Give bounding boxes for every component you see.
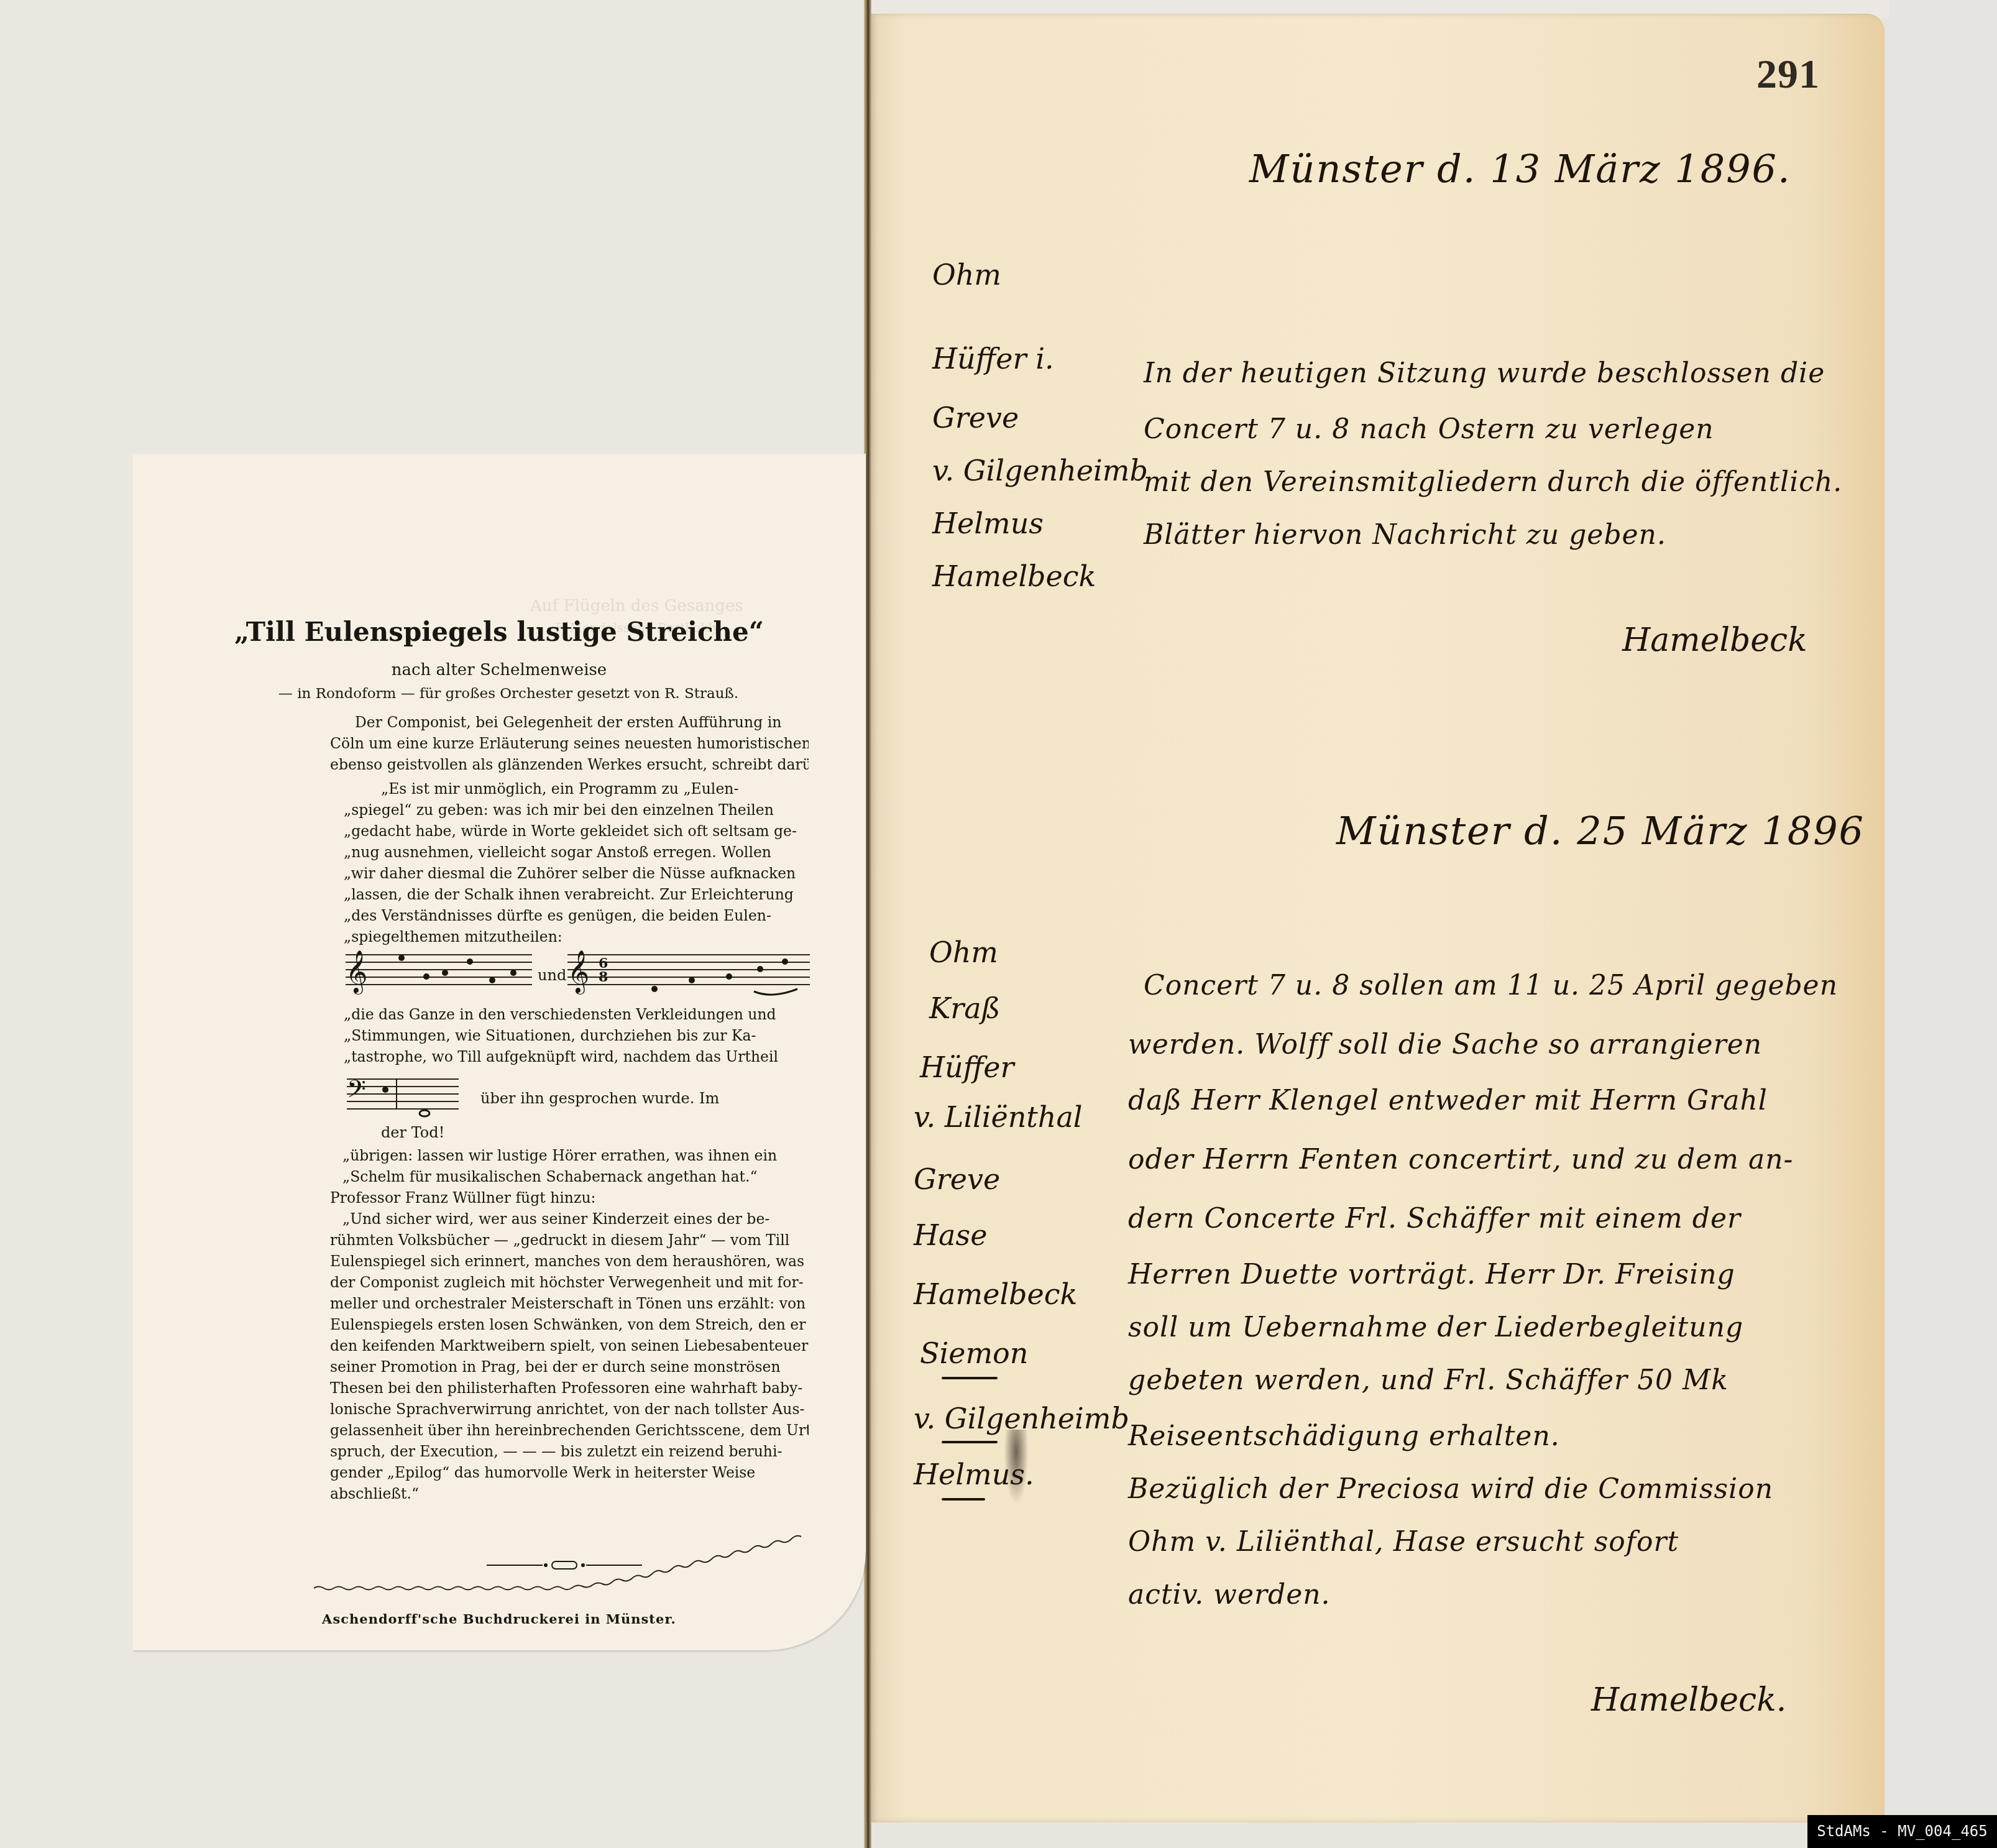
music-notes-icon: 𝄞 <box>346 945 532 995</box>
entry-1-signature: Hamelbeck <box>1622 622 1807 659</box>
text-line: Thesen bei den philisterhaften Professor… <box>330 1377 809 1399</box>
text-line: lonische Sprachverwirrung anrichtet, von… <box>330 1399 809 1420</box>
attendee: Kraß <box>929 991 1001 1025</box>
text-line: „spiegel“ zu geben: was ich mir bei den … <box>344 799 809 821</box>
text-line: „gedacht habe, würde in Worte gekleidet … <box>344 821 809 842</box>
entry-1-line: mit den Vereinsmitgliedern durch die öff… <box>1144 466 1842 498</box>
entry-2-line: Herren Duette vorträgt. Herr Dr. Freisin… <box>1128 1259 1735 1290</box>
entry-2-date: Münster d. 25 März 1896 <box>1336 808 1865 853</box>
text-line: der Componist zugleich mit höchster Verw… <box>330 1272 809 1293</box>
der-tod-text: der Tod! <box>381 1124 444 1141</box>
text-line: „Es ist mir unmöglich, ein Programm zu „… <box>344 778 809 799</box>
text-line: „tastrophe, wo Till aufgeknüpft wird, na… <box>344 1046 809 1067</box>
svg-text:𝄞: 𝄞 <box>346 950 367 995</box>
entry-2-line: daß Herr Klengel entweder mit Herrn Grah… <box>1128 1085 1768 1116</box>
entry-2-line: dern Concerte Frl. Schäffer mit einem de… <box>1128 1203 1741 1234</box>
attendee: Siemon <box>920 1336 1028 1370</box>
text-line: gelassenheit über ihn hereinbrechenden G… <box>330 1420 809 1441</box>
program-sheet: Auf Flügeln des Gesanges F. Mendelssohn-… <box>132 454 866 1650</box>
text-line: Eulenspiegels ersten losen Schwänken, vo… <box>330 1314 809 1335</box>
text-line: „Und sicher wird, wer aus seiner Kinderz… <box>330 1208 809 1230</box>
attendee: v. Gilgenheimb <box>932 454 1148 487</box>
entry-2-line: Reiseentschädigung erhalten. <box>1128 1420 1560 1452</box>
attendee: Hüffer i. <box>932 342 1054 375</box>
text-line: den keifenden Marktweibern spielt, von s… <box>330 1335 809 1356</box>
program-title: „Till Eulenspiegels lustige Streiche“ <box>132 617 866 647</box>
attendee: Ohm <box>932 258 1001 292</box>
music-staff-theme-2: 𝄞 6 8 <box>567 954 810 991</box>
attendee: Helmus <box>932 507 1044 540</box>
attendee: Helmus. <box>914 1458 1034 1491</box>
paragraph-1: Der Componist, bei Gelegenheit der erste… <box>330 712 809 775</box>
attendee: Greve <box>932 401 1019 434</box>
entry-1-line: In der heutigen Sitzung wurde beschlosse… <box>1144 357 1825 389</box>
text-line: „des Verständnisses dürfte es genügen, d… <box>344 905 809 926</box>
archive-label: StdAMs - MV_004_465 <box>1807 1815 1997 1848</box>
text-line: Eulenspiegel sich erinnert, manches von … <box>330 1251 809 1272</box>
attendee: Hase <box>914 1218 987 1252</box>
margin-rule <box>942 1441 998 1443</box>
music-staff-death: 𝄢 <box>347 1078 459 1110</box>
attendee: Hüffer <box>920 1050 1014 1084</box>
program-subtitle: nach alter Schelmenweise <box>132 661 866 679</box>
entry-2-line: activ. werden. <box>1128 1579 1331 1611</box>
entry-1-line: Blätter hiervon Nachricht zu geben. <box>1144 519 1666 551</box>
entry-2-line: Bezüglich der Preciosa wird die Commissi… <box>1128 1473 1773 1505</box>
margin-rule <box>942 1377 998 1379</box>
music-staff-theme-1: 𝄞 <box>346 954 532 991</box>
text-line: „Schelm für musikalischen Schabernack an… <box>330 1166 809 1187</box>
attendee: Hamelbeck <box>914 1277 1077 1311</box>
wavy-rule-icon <box>314 1448 811 1610</box>
svg-text:8: 8 <box>599 969 608 985</box>
music-connector: und <box>538 967 566 984</box>
text-line: seiner Promotion in Prag, bei der er dur… <box>330 1356 809 1377</box>
text-line: „lassen, die der Schalk ihnen verabreich… <box>344 884 809 905</box>
bass-clef-icon: 𝄢 <box>347 1070 459 1119</box>
background-right <box>1883 0 1997 1848</box>
text-line: meller und orchestraler Meisterschaft in… <box>330 1293 809 1314</box>
text-line: ebenso geistvollen als glänzenden Werkes… <box>330 754 809 775</box>
entry-2-line: soll um Uebernahme der Liederbegleitung <box>1128 1312 1743 1343</box>
svg-text:𝄢: 𝄢 <box>347 1075 366 1110</box>
page-number: 291 <box>1756 51 1820 98</box>
text-line: „wir daher diesmal die Zuhörer selber di… <box>344 863 809 884</box>
program-subtitle-2: — in Rondoform — für großes Orchester ge… <box>142 686 875 702</box>
text-line: „spiegelthemen mitzutheilen: <box>344 926 809 947</box>
attendee: v. Liliënthal <box>914 1100 1083 1134</box>
entry-1-line: Concert 7 u. 8 nach Ostern zu verlegen <box>1144 413 1714 445</box>
text-line: „nug ausnehmen, vielleicht sogar Anstoß … <box>344 842 809 863</box>
printer-imprint: Aschendorff'sche Buchdruckerei in Münste… <box>132 1611 866 1627</box>
entry-2-line: oder Herrn Fenten concertirt, und zu dem… <box>1128 1144 1793 1175</box>
entry-2-line: werden. Wolff soll die Sache so arrangie… <box>1128 1029 1762 1060</box>
attendee: Greve <box>914 1162 1000 1196</box>
margin-rule <box>942 1498 985 1501</box>
text-line: „die das Ganze in den verschiedensten Ve… <box>344 1004 809 1025</box>
entry-1-date: Münster d. 13 März 1896. <box>1249 146 1791 191</box>
entry-2-line: Ohm v. Liliënthal, Hase ersucht sofort <box>1128 1526 1679 1558</box>
paragraph-2: „Es ist mir unmöglich, ein Programm zu „… <box>344 778 809 947</box>
attendee: Hamelbeck <box>932 559 1096 593</box>
text-line: „Stimmungen, wie Situationen, durchziehe… <box>344 1025 809 1046</box>
paragraph-3: „die das Ganze in den verschiedensten Ve… <box>344 1004 809 1067</box>
text-line: Der Componist, bei Gelegenheit der erste… <box>330 712 809 733</box>
attendee: Ohm <box>929 935 998 969</box>
entry-2-line: Concert 7 u. 8 sollen am 11 u. 25 April … <box>1144 970 1838 1001</box>
music-notes-icon: 𝄞 6 8 <box>567 945 810 1001</box>
text-line: „übrigen: lassen wir lustige Hörer errat… <box>330 1145 809 1166</box>
svg-text:𝄞: 𝄞 <box>567 950 589 995</box>
text-line: Cöln um eine kurze Erläuterung seines ne… <box>330 733 809 754</box>
after-staff-text: über ihn gesprochen wurde. Im <box>480 1090 809 1107</box>
entry-2-signature: Hamelbeck. <box>1591 1681 1786 1719</box>
text-line: Professor Franz Wüllner fügt hinzu: <box>330 1187 809 1208</box>
entry-2-line: gebeten werden, und Frl. Schäffer 50 Mk <box>1128 1364 1728 1396</box>
bleed-through-text: Auf Flügeln des Gesanges <box>530 597 743 615</box>
text-line: rühmten Volksbücher — „gedruckt in diese… <box>330 1230 809 1251</box>
